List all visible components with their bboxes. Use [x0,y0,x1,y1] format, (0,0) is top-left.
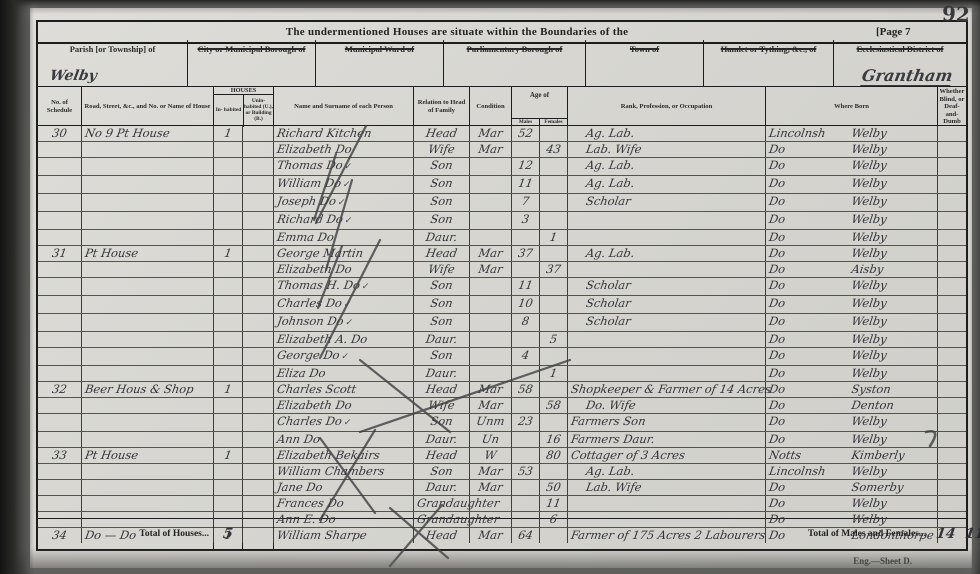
cell-condition: Mar [470,528,512,543]
cell-age_m: 58 [512,382,540,397]
cell-occupation: Ag. Lab. [568,176,766,193]
cell-born: DoWelby [766,176,938,193]
born-county: Lincolnsh [768,464,853,479]
location-label: Ecclesiastical District of [857,44,944,54]
cell-house [82,366,214,381]
cell-uninhabited [243,512,274,527]
column-header-row: No. of Schedule Road, Street, &c., and N… [38,87,966,126]
cell-inhabited [214,348,243,365]
cell-age_f [540,382,568,397]
cell-inhabited [214,158,243,175]
census-table: Parish [or Township] ofWelbyCity or Muni… [36,40,968,551]
cell-age_m: 7 [512,194,540,211]
born-place: Welby [850,296,935,311]
census-page: 92 The undermentioned Houses are situate… [30,8,972,568]
cell-blind [938,382,966,397]
cell-inhabited [214,332,243,347]
cell-inhabited: 1 [214,448,243,463]
table-row: Elizabeth A. DoDaur.5DoWelby [38,332,966,348]
cell-house: Pt House [82,246,214,261]
cell-occupation: Scholar [568,296,766,313]
cell-occupation: Ag. Lab. [568,126,766,141]
cell-occupation: Cottager of 3 Acres [568,448,766,463]
cell-condition: Mar [470,382,512,397]
cell-inhabited: 1 [214,382,243,397]
born-county: Do [768,348,853,363]
col-born: Where Born [766,87,938,127]
cell-condition [470,314,512,331]
cell-age_f [540,296,568,313]
cell-born: DoDenton [766,398,938,413]
born-place: Welby [850,512,935,527]
born-place: Welby [850,432,935,447]
cell-born: DoWelby [766,314,938,331]
cell-house [82,512,214,527]
cell-born: DoWelby [766,332,938,347]
cell-schedule [38,158,82,175]
cell-schedule: 34 [38,528,82,543]
location-handwritten-value: Welby [49,68,99,84]
cell-name: Elizabeth Do [274,142,414,157]
born-place: Londonthorpe [850,528,935,543]
table-row: Elizabeth DoWifeMar43Lab. WifeDoWelby [38,142,966,158]
cell-born: DoAisby [766,262,938,277]
cell-condition: Mar [470,126,512,141]
cell-age_m: 8 [512,314,540,331]
born-county: Do [768,496,853,511]
cell-condition [470,296,512,313]
table-row: Ann DoDaur.Un16Farmers Daur.DoWelby [38,432,966,448]
cell-inhabited [214,398,243,413]
cell-age_f [540,464,568,479]
cell-uninhabited [243,194,274,211]
cell-name: Charles Scott [274,382,414,397]
born-place: Aisby [850,262,935,277]
cell-relation: Head [414,448,470,463]
cell-born: DoWelby [766,296,938,313]
cell-born: DoWelby [766,496,938,511]
cell-condition: Mar [470,262,512,277]
cell-condition: Mar [470,246,512,261]
cell-schedule [38,142,82,157]
born-place: Welby [850,496,935,511]
location-header-cell: Parish [or Township] ofWelby [38,40,188,86]
cell-house [82,230,214,245]
born-county: Do [768,262,853,277]
cell-inhabited [214,194,243,211]
cell-name: Eliza Do [274,366,414,381]
cell-uninhabited [243,126,274,141]
born-place: Welby [850,278,935,293]
cell-schedule [38,332,82,347]
table-row: William Do✓Son11Ag. Lab.DoWelby [38,176,966,194]
born-place: Welby [850,158,935,173]
cell-schedule: 31 [38,246,82,261]
enumerator-tick: ✓ [344,216,353,226]
cell-relation: Head [414,126,470,141]
cell-occupation [568,262,766,277]
cell-born: DoWelby [766,212,938,229]
location-handwritten-value: Grantham [860,66,954,86]
cell-schedule [38,348,82,365]
cell-name: George Do✓ [274,348,414,365]
table-row: Charles Do✓SonUnm23Farmers SonDoWelby [38,414,966,432]
cell-born: DoSomerby [766,480,938,495]
born-place: Welby [850,142,935,157]
location-header-cell: Town of [586,40,704,86]
cell-blind [938,414,966,431]
cell-age_m [512,230,540,245]
cell-house [82,176,214,193]
cell-schedule [38,464,82,479]
cell-condition [470,348,512,365]
cell-born: DoWelby [766,512,938,527]
cell-inhabited [214,176,243,193]
cell-uninhabited [243,332,274,347]
cell-name: William Sharpe [274,528,414,543]
cell-name: Ann Do [274,432,414,447]
cell-name: William Chambers [274,464,414,479]
born-county: Do [768,158,853,173]
cell-age_f: 6 [540,512,568,527]
table-row: Joseph Do✓Son7ScholarDoWelby [38,194,966,212]
page-number: [Page 7 [876,26,966,38]
born-county: Do [768,432,853,447]
cell-relation: Head [414,382,470,397]
cell-uninhabited [243,142,274,157]
born-place: Welby [850,212,935,227]
cell-age_m: 23 [512,414,540,431]
cell-occupation: Ag. Lab. [568,158,766,175]
cell-relation: Daur. [414,332,470,347]
cell-name: Johnson Do✓ [274,314,414,331]
cell-occupation [568,348,766,365]
cell-uninhabited [243,158,274,175]
cell-inhabited [214,142,243,157]
cell-relation: Son [414,296,470,313]
born-place: Welby [850,464,935,479]
table-row: Charles Do✓Son10ScholarDoWelby [38,296,966,314]
cell-occupation: Scholar [568,314,766,331]
cell-age_f [540,126,568,141]
cell-uninhabited [243,414,274,431]
folio-stamp: 92 [942,1,971,26]
cell-relation: Son [414,464,470,479]
table-row: 34Do — Do1William SharpeHeadMar64Farmer … [38,528,966,543]
born-county: Do [768,142,853,157]
born-county: Do [768,332,853,347]
cell-age_m: 3 [512,212,540,229]
cell-condition [470,496,512,511]
cell-occupation [568,212,766,229]
col-blind: Whether Blind, or Deaf- and-Dumb [938,87,966,127]
cell-occupation: Shopkeeper & Farmer of 14 Acres [568,382,766,397]
table-row: Elizabeth DoWifeMar58Do. WifeDoDenton [38,398,966,414]
cell-name: Thomas Do✓ [274,158,414,175]
cell-name: Joseph Do✓ [274,194,414,211]
born-county: Do [768,212,853,227]
cell-age_m: 11 [512,176,540,193]
cell-schedule: 32 [38,382,82,397]
table-row: Ann E. DoGrandaughter6DoWelby [38,512,966,528]
cell-house [82,332,214,347]
born-place: Welby [850,246,935,261]
born-place: Syston [850,382,935,397]
cell-relation: Son [414,278,470,295]
cell-uninhabited [243,348,274,365]
enumerator-tick: ✓ [343,418,352,428]
enumerator-tick: ✓ [345,318,354,328]
cell-schedule [38,296,82,313]
cell-age_m [512,448,540,463]
cell-born: DoWelby [766,230,938,245]
born-county: Do [768,366,853,381]
enumerator-tick: ✓ [343,300,352,310]
cell-age_f: 80 [540,448,568,463]
cell-inhabited [214,496,243,511]
born-place: Welby [850,230,935,245]
cell-blind [938,142,966,157]
location-label: Parish [or Township] of [70,44,156,54]
cell-age_m [512,332,540,347]
cell-house [82,296,214,313]
cell-age_f [540,348,568,365]
location-header-cell: Parliamentary Borough of [444,40,586,86]
cell-condition: Mar [470,480,512,495]
cell-born: DoWelby [766,366,938,381]
cell-inhabited [214,296,243,313]
cell-blind [938,246,966,261]
cell-house [82,496,214,511]
born-place: Somerby [850,480,935,495]
cell-relation: Son [414,348,470,365]
born-county: Lincolnsh [768,126,853,141]
cell-blind [938,126,966,141]
cell-house [82,194,214,211]
cell-name: Elizabeth Do [274,262,414,277]
table-row: William ChambersSonMar53Ag. Lab.Lincolns… [38,464,966,480]
cell-relation: Wife [414,398,470,413]
born-county: Do [768,278,853,293]
cell-age_m: 64 [512,528,540,543]
cell-age_f [540,528,568,543]
cell-condition [470,212,512,229]
cell-schedule [38,398,82,413]
born-place: Welby [850,348,935,363]
cell-blind [938,348,966,365]
born-county: Do [768,398,853,413]
cell-house: Do — Do [82,528,214,543]
cell-age_m: 12 [512,158,540,175]
cell-age_f: 1 [540,230,568,245]
cell-blind [938,332,966,347]
cell-schedule [38,496,82,511]
born-county: Do [768,194,853,209]
cell-age_f: 43 [540,142,568,157]
cell-condition: Mar [470,464,512,479]
born-county: Do [768,296,853,311]
cell-age_m: 53 [512,464,540,479]
cell-uninhabited [243,366,274,381]
cell-born: DoWelby [766,278,938,295]
cell-schedule [38,212,82,229]
cell-occupation: Farmer of 175 Acres 2 Labourers [568,528,766,543]
cell-blind [938,512,966,527]
cell-born: DoWelby [766,194,938,211]
banner-text: The undermentioned Houses are situate wi… [38,26,876,38]
cell-schedule [38,414,82,431]
born-county: Do [768,230,853,245]
cell-relation: Daur. [414,480,470,495]
cell-condition: Un [470,432,512,447]
cell-inhabited [214,230,243,245]
cell-schedule [38,314,82,331]
cell-name: William Do✓ [274,176,414,193]
cell-inhabited [214,278,243,295]
cell-occupation [568,366,766,381]
cell-uninhabited [243,480,274,495]
cell-uninhabited [243,314,274,331]
cell-uninhabited [243,382,274,397]
cell-name: Ann E. Do [274,512,414,527]
cell-blind [938,278,966,295]
cell-age_m: 37 [512,246,540,261]
cell-uninhabited [243,212,274,229]
born-county: Notts [768,448,853,463]
table-row: Richard Do✓Son3DoWelby [38,212,966,230]
cell-blind [938,432,966,447]
cell-schedule [38,512,82,527]
cell-uninhabited [243,496,274,511]
cell-condition [470,176,512,193]
table-row: Johnson Do✓Son8ScholarDoWelby [38,314,966,332]
cell-condition [470,230,512,245]
cell-age_m [512,432,540,447]
location-header-cell: Municipal Ward of [316,40,444,86]
col-age-title: Age of [530,87,549,118]
cell-house: Beer Hous & Shop [82,382,214,397]
cell-relation: Daur. [414,366,470,381]
cell-relation: Son [414,158,470,175]
table-row: Eliza DoDaur.1DoWelby [38,366,966,382]
cell-house [82,158,214,175]
cell-house [82,414,214,431]
col-inhabited: In- habited [214,95,244,127]
cell-occupation: Scholar [568,278,766,295]
cell-name: Elizabeth Bekairs [274,448,414,463]
cell-occupation [568,496,766,511]
cell-house [82,278,214,295]
col-house: Road, Street, &c., and No. or Name of Ho… [82,87,214,127]
cell-age_f: 1 [540,366,568,381]
cell-name: George Martin [274,246,414,261]
cell-relation: Head [414,528,470,543]
cell-relation: Wife [414,142,470,157]
table-row: 33Pt House1Elizabeth BekairsHeadW80Cotta… [38,448,966,464]
cell-house [82,212,214,229]
cell-house: No 9 Pt House [82,126,214,141]
cell-blind [938,212,966,229]
cell-uninhabited [243,432,274,447]
cell-age_m [512,480,540,495]
cell-occupation: Lab. Wife [568,142,766,157]
cell-relation: Wife [414,262,470,277]
cell-inhabited [214,262,243,277]
cell-relation: Son [414,414,470,431]
cell-inhabited: 1 [214,126,243,141]
cell-relation: Son [414,212,470,229]
cell-age_m [512,262,540,277]
cell-blind [938,176,966,193]
cell-condition [470,194,512,211]
born-county: Do [768,382,853,397]
cell-name: Emma Do [274,230,414,245]
cell-age_f: 16 [540,432,568,447]
location-label: Hamlet or Tything, &c., of [721,44,817,54]
col-occupation: Rank, Profession, or Occupation [568,87,766,127]
table-row: George Do✓Son4DoWelby [38,348,966,366]
cell-condition: Mar [470,398,512,413]
cell-condition [470,366,512,381]
cell-inhabited [214,366,243,381]
cell-uninhabited [243,528,274,543]
cell-schedule: 33 [38,448,82,463]
cell-inhabited [214,512,243,527]
location-label: Town of [630,44,659,54]
col-relation: Relation to Head of Family [414,87,470,127]
cell-age_m: 10 [512,296,540,313]
cell-uninhabited [243,262,274,277]
cell-uninhabited [243,398,274,413]
cell-blind [938,296,966,313]
cell-blind [938,464,966,479]
col-houses-title: HOUSES [214,87,273,95]
cell-age_m: 11 [512,278,540,295]
enumerator-tick: ✓ [361,282,370,292]
cell-house [82,432,214,447]
total-males: 14 [935,526,957,542]
cell-relation: Son [414,194,470,211]
cell-condition [470,158,512,175]
cell-schedule [38,278,82,295]
born-county: Do [768,512,853,527]
cell-blind [938,398,966,413]
location-label: City or Municipal Borough of [198,44,306,54]
cell-schedule [38,230,82,245]
cell-age_f [540,176,568,193]
table-row: Jane DoDaur.Mar50Lab. WifeDoSomerby [38,480,966,496]
cell-occupation [568,230,766,245]
cell-uninhabited [243,464,274,479]
cell-schedule [38,432,82,447]
table-row: 32Beer Hous & Shop1Charles ScottHeadMar5… [38,382,966,398]
cell-uninhabited [243,448,274,463]
cell-uninhabited [243,296,274,313]
col-uninhabited: Unin- habited (U.), or Building (B.) [244,95,273,127]
location-header-row: Parish [or Township] ofWelbyCity or Muni… [38,40,966,87]
cell-age_m [512,398,540,413]
cell-born: LincolnshWelby [766,126,938,141]
cell-condition [470,512,512,527]
cell-uninhabited [243,246,274,261]
table-row: Frances DoGrandaughter11DoWelby [38,496,966,512]
cell-house [82,348,214,365]
cell-age_f: 5 [540,332,568,347]
cell-age_f: 50 [540,480,568,495]
table-row: Elizabeth DoWifeMar37DoAisby [38,262,966,278]
cell-occupation: Farmers Son [568,414,766,431]
cell-schedule [38,194,82,211]
